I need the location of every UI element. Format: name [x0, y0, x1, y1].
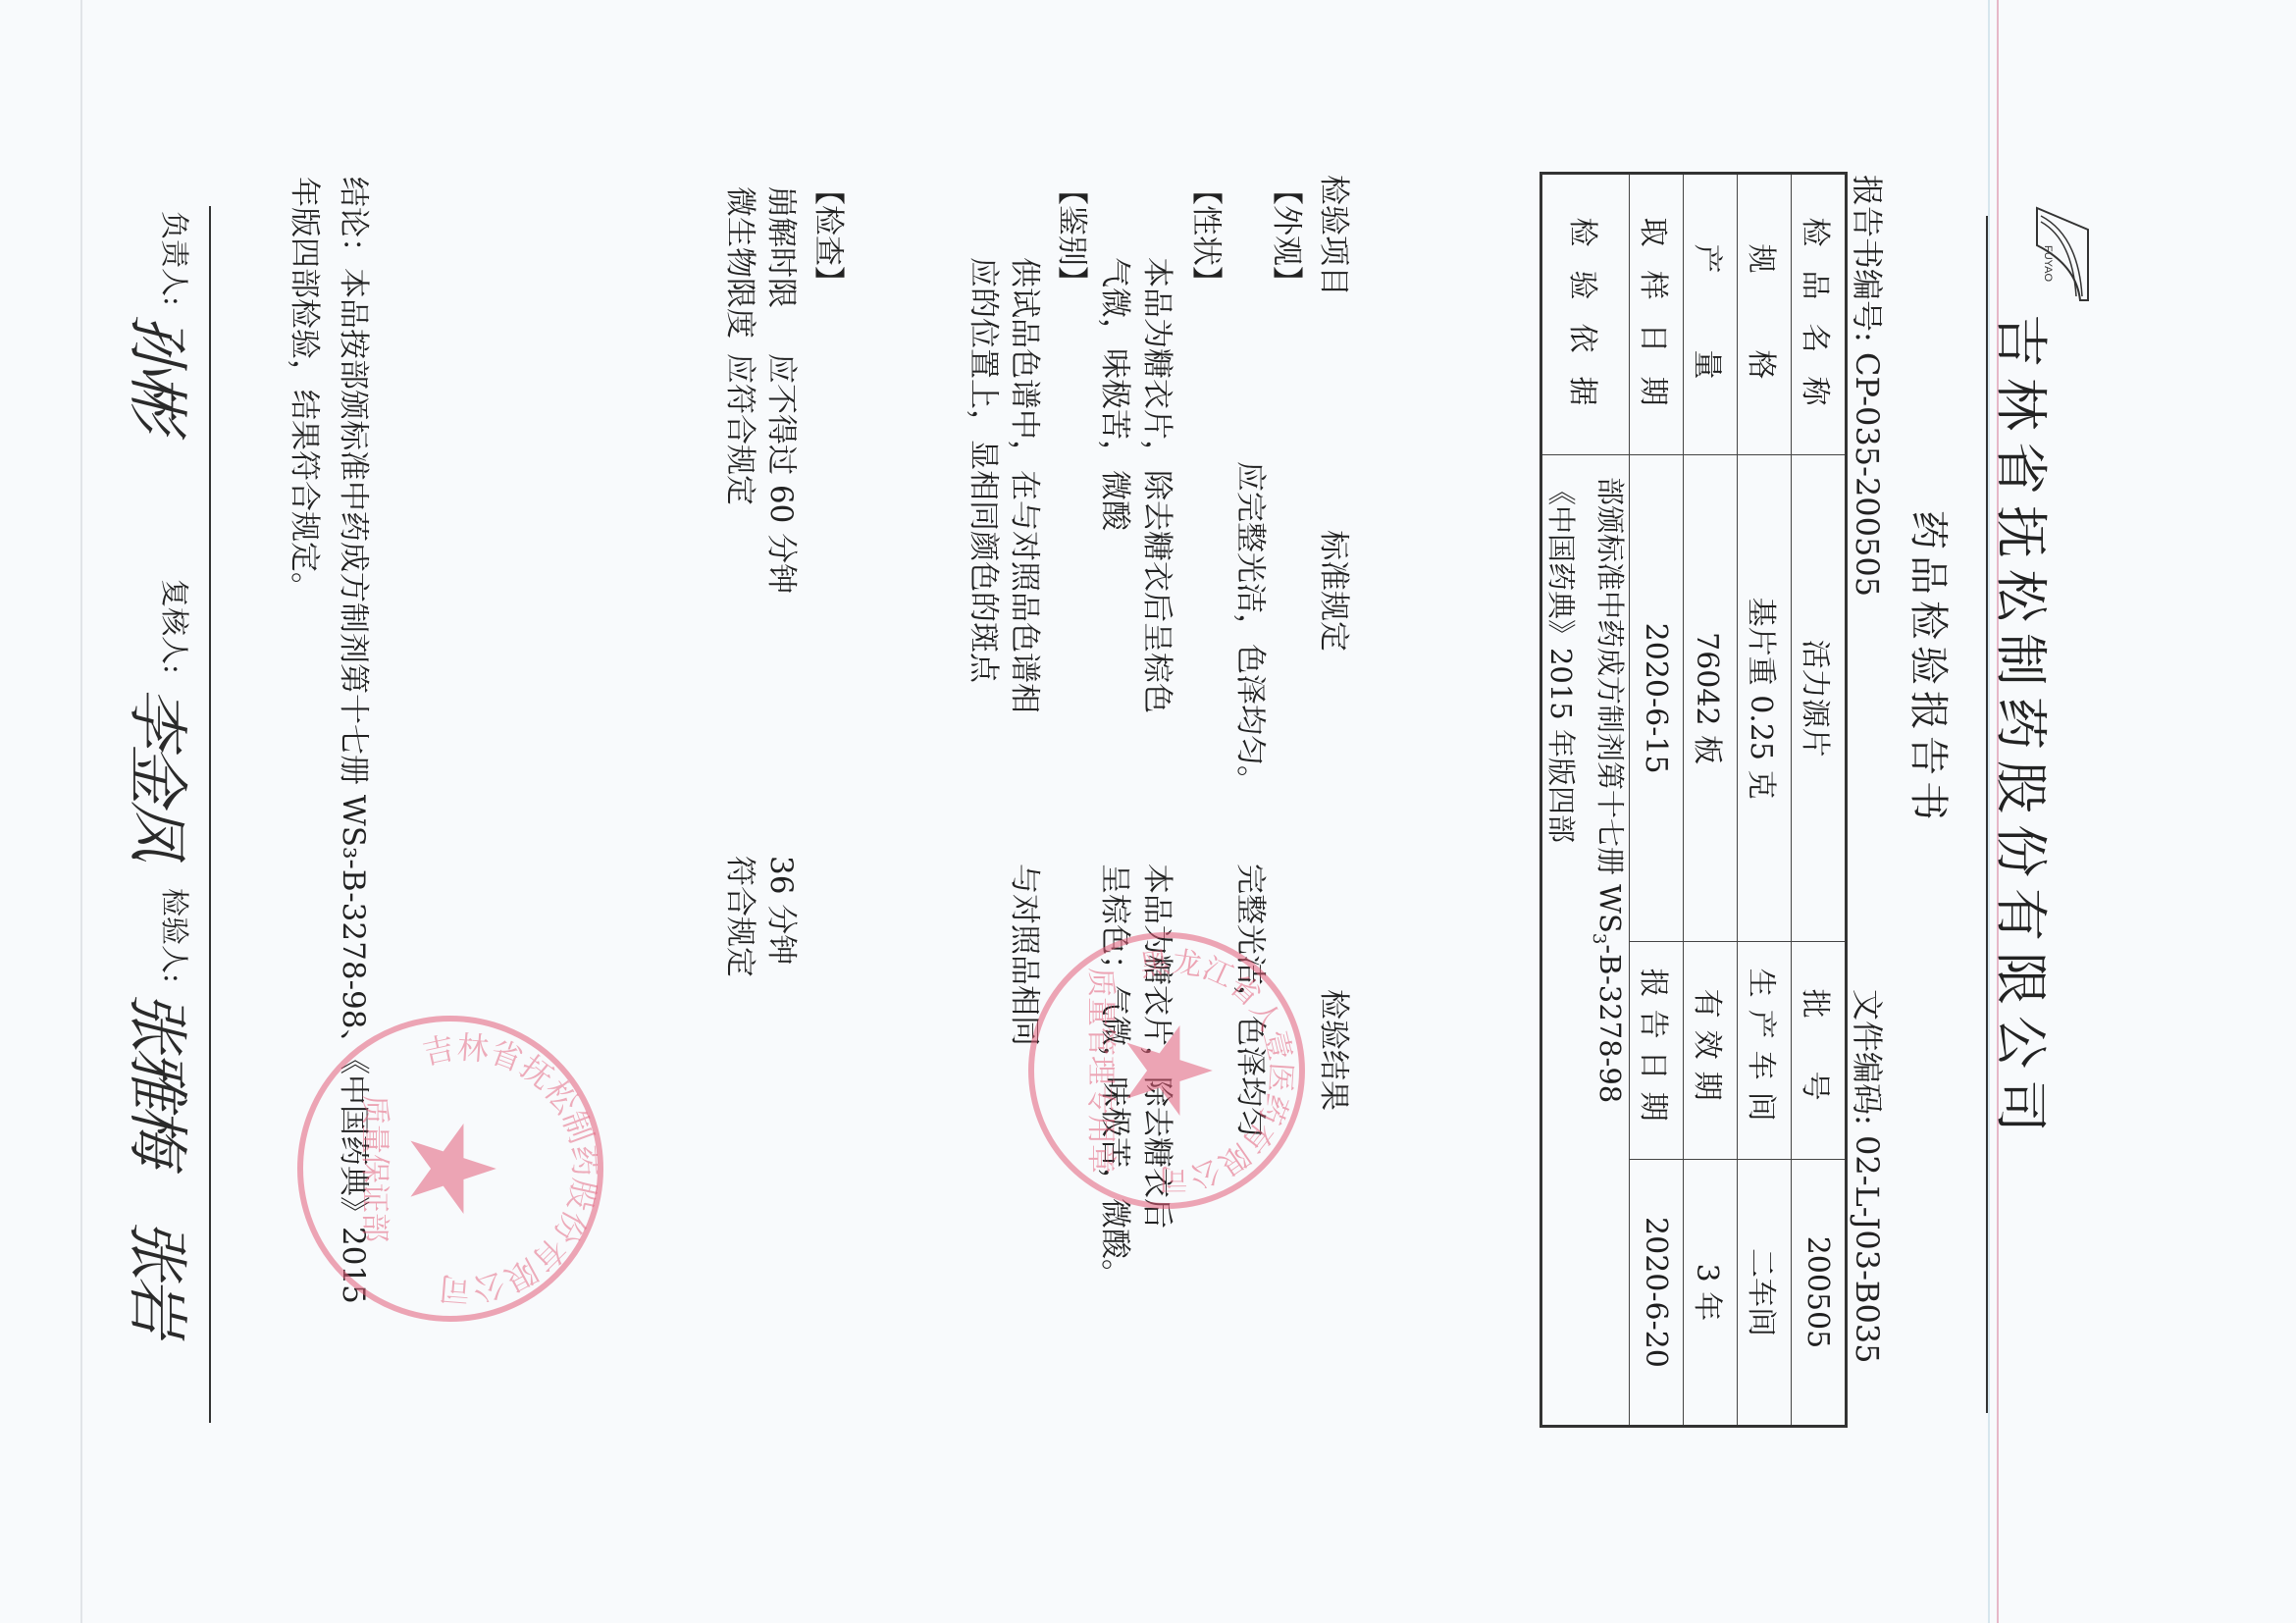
responsible-signature: 孙彬 [119, 314, 206, 428]
table-value: 2020-6-20 [1630, 1159, 1684, 1426]
basis-line-1: 部颁标准中药成方制剂第十七册 WS3-B-3278-98 [1580, 477, 1629, 1425]
table-row: 产 量 76042 板 有效期 3 年 [1684, 174, 1738, 1427]
table-label: 规 格 [1738, 174, 1792, 455]
col-header-result: 检验结果 [1315, 989, 1359, 1111]
table-value: 200505 [1792, 1159, 1847, 1426]
header-divider [1986, 216, 1988, 1413]
table-value: 基片重 0.25 克 [1738, 454, 1792, 941]
table-value: 活力源片 [1792, 454, 1847, 941]
sample-info-table: 检品名称 活力源片 批 号 200505 规 格 基片重 0.25 克 生产车间… [1539, 172, 1848, 1428]
svg-text:FUYAO: FUYAO [2042, 245, 2054, 283]
inspector-signature: 张雅梅 张岩 [119, 991, 206, 1333]
distributor-seal: 黑龙江省人壹医药有限公司 ★ 质量管理专用章 [1028, 932, 1305, 1209]
check-result: 符合规定 [721, 856, 765, 977]
section-heading-identification: 【鉴别】 [1053, 175, 1097, 296]
section-heading-appearance: 【外观】 [1268, 175, 1312, 296]
inspection-basis: 部颁标准中药成方制剂第十七册 WS3-B-3278-98 《中国药典》2015 … [1541, 454, 1630, 1426]
report-title: 药品检验报告书 [1904, 510, 1959, 826]
table-label: 生产车间 [1738, 942, 1792, 1160]
qa-seal: 吉林省抚松制药股份有限公司 ★ 质量保证部 [297, 1016, 603, 1322]
report-number-value: CP-035-200505 [1849, 352, 1886, 597]
inspection-report-page: FUYAO 吉林省抚松制药股份有限公司 药品检验报告书 报告书编号: CP-03… [0, 0, 2296, 1623]
table-row: 规 格 基片重 0.25 克 生产车间 二车间 [1738, 174, 1792, 1427]
table-value: 2020-6-15 [1630, 454, 1684, 941]
report-number: 报告书编号: CP-035-200505 [1847, 175, 1892, 597]
check-standard: 应不得过 60 分钟 [762, 353, 807, 594]
company-name: 吉林省抚松制药股份有限公司 [1987, 314, 2062, 1384]
table-label: 检品名称 [1792, 174, 1847, 455]
check-item: 微生物限度 [721, 186, 765, 339]
check-item: 崩解时限 [762, 186, 807, 308]
file-code-value: 02-L-J03-B035 [1849, 1135, 1886, 1364]
star-icon: ★ [1108, 1018, 1226, 1124]
table-label: 取样日期 [1630, 174, 1684, 455]
table-row-basis: 检验依据 部颁标准中药成方制剂第十七册 WS3-B-3278-98 《中国药典》… [1541, 174, 1630, 1427]
report-number-label: 报告书编号: [1849, 175, 1886, 342]
company-logo-icon: FUYAO [2035, 206, 2090, 304]
basis-line-2: 《中国药典》2015 年版四部 [1542, 477, 1580, 1425]
responsible-label: 负责人: [156, 211, 196, 306]
file-code: 文件编码: 02-L-J03-B035 [1847, 989, 1892, 1364]
table-label: 检验依据 [1541, 174, 1630, 455]
check-result: 36 分钟 [762, 856, 807, 965]
appearance-standard: 应完整光洁，色泽均匀。 [1231, 461, 1276, 796]
signature-divider [209, 206, 211, 1423]
table-value: 3 年 [1684, 1159, 1738, 1426]
reviewer-label: 复核人: [156, 579, 196, 674]
file-code-label: 文件编码: [1849, 989, 1886, 1126]
table-label: 有效期 [1684, 942, 1738, 1160]
table-label: 产 量 [1684, 174, 1738, 455]
description-standard-line-1: 本品为糖衣片，除去糖衣后呈棕色 [1138, 257, 1182, 713]
table-row: 取样日期 2020-6-15 报告日期 2020-6-20 [1630, 174, 1684, 1427]
section-heading-description: 【性状】 [1187, 175, 1231, 296]
table-value: 二车间 [1738, 1159, 1792, 1426]
margin-line [80, 0, 82, 1623]
star-icon: ★ [391, 1116, 509, 1222]
identification-standard-line-2: 应的位置上，显相同颜色的斑点 [965, 257, 1009, 683]
inspector-label: 检验人: [156, 888, 196, 983]
identification-standard-line-1: 供试品色谱中，在与对照品色谱相 [1006, 257, 1050, 713]
description-standard-line-2: 气微，味极苦，微酸 [1096, 257, 1140, 531]
section-heading-checks: 【检查】 [809, 175, 854, 296]
seal-inner-text: 质量管理专用章 [1082, 968, 1125, 1174]
table-row: 检品名称 活力源片 批 号 200505 [1792, 174, 1847, 1427]
table-label: 报告日期 [1630, 942, 1684, 1160]
col-header-standard: 标准规定 [1315, 530, 1359, 652]
col-header-item: 检验项目 [1315, 175, 1359, 296]
reviewer-signature: 李金凤 [119, 687, 206, 858]
table-value: 76042 板 [1684, 454, 1738, 941]
seal-inner-text: 质量保证部 [356, 1095, 399, 1242]
table-label: 批 号 [1792, 942, 1847, 1160]
check-standard: 应符合规定 [721, 353, 765, 505]
